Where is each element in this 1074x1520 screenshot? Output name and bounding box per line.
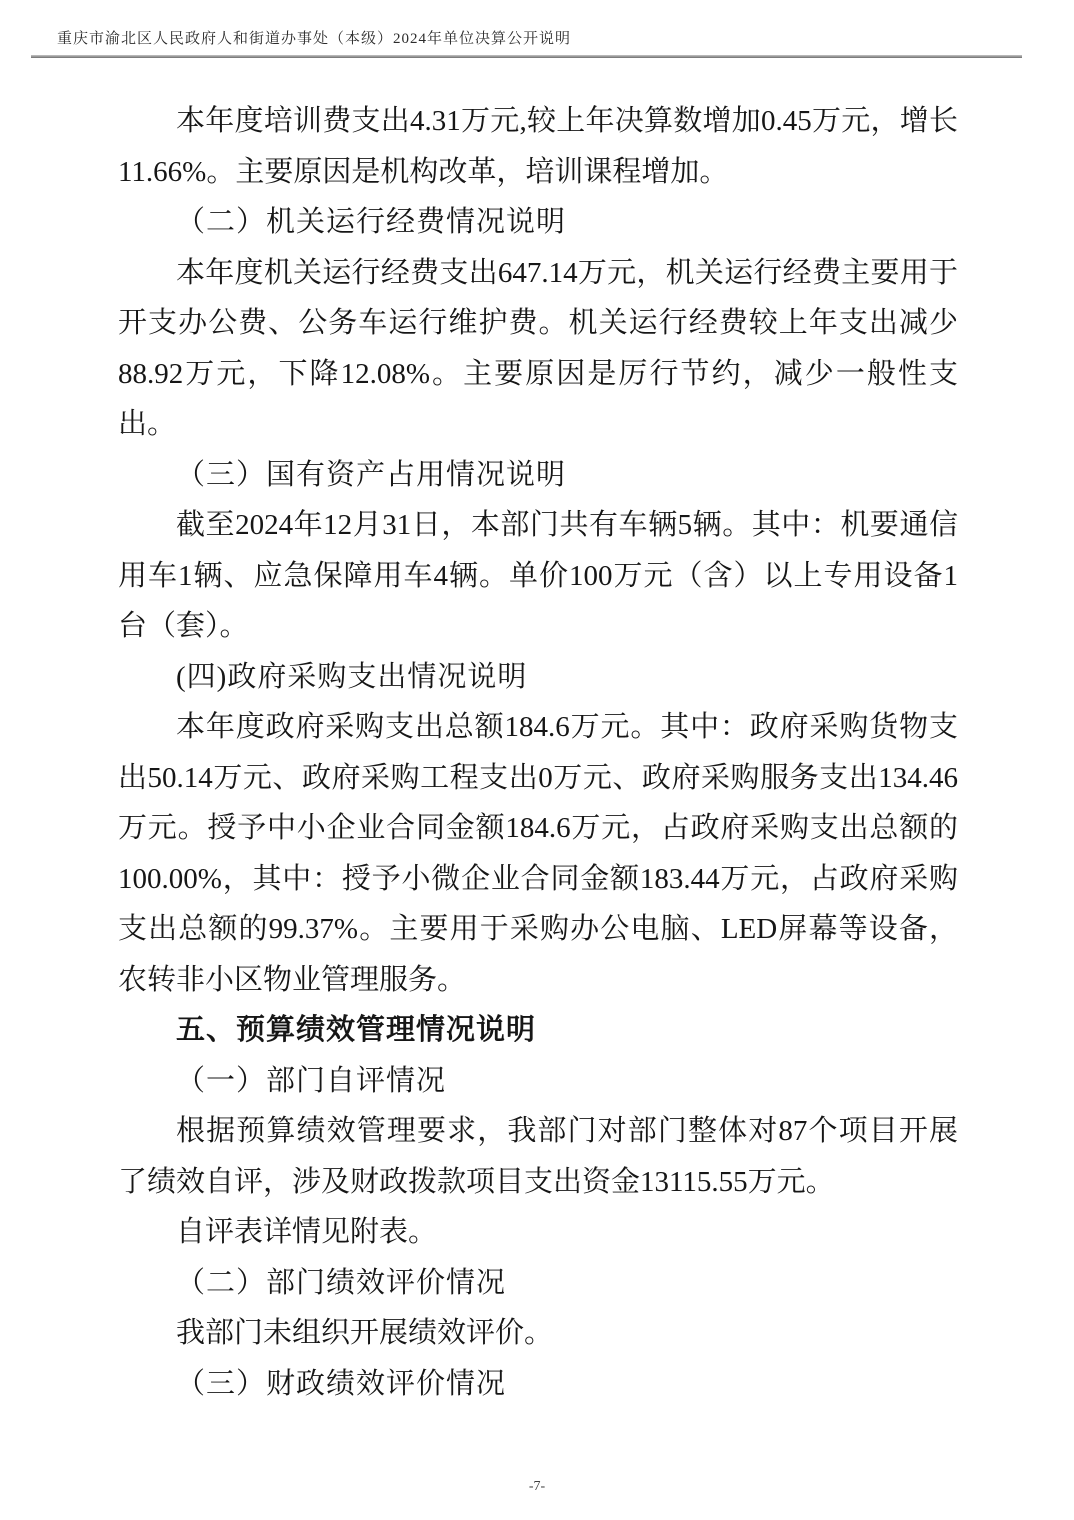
body-paragraph: 自评表详情见附表。 [118,1207,958,1258]
section-heading-level2: （三）财政绩效评价情况 [118,1359,958,1410]
page-footer: -7- [0,1479,1074,1495]
body-paragraph: 本年度政府采购支出总额184.6万元。其中：政府采购货物支出50.14万元、政府… [118,702,958,1005]
page-number: -7- [529,1479,545,1494]
header-title: 重庆市渝北区人民政府人和街道办事处（本级）2024年单位决算公开说明 [31,27,1022,48]
section-heading-level2: (四)政府采购支出情况说明 [118,652,958,703]
page-header: 重庆市渝北区人民政府人和街道办事处（本级）2024年单位决算公开说明 [31,27,1022,58]
section-heading-level2: （三）国有资产占用情况说明 [118,450,958,501]
body-paragraph: 根据预算绩效管理要求，我部门对部门整体对87个项目开展了绩效自评，涉及财政拨款项… [118,1106,958,1207]
body-paragraph: 本年度培训费支出4.31万元,较上年决算数增加0.45万元，增长11.66%。主… [118,96,958,197]
body-paragraph: 截至2024年12月31日，本部门共有车辆5辆。其中：机要通信用车1辆、应急保障… [118,500,958,652]
document-body: 本年度培训费支出4.31万元,较上年决算数增加0.45万元，增长11.66%。主… [118,96,958,1409]
document-page: 重庆市渝北区人民政府人和街道办事处（本级）2024年单位决算公开说明 本年度培训… [0,0,1074,1520]
header-rule [31,55,1022,58]
section-heading-level2: （二）机关运行经费情况说明 [118,197,958,248]
section-heading-level2: （一）部门自评情况 [118,1056,958,1107]
section-heading-level2: （二）部门绩效评价情况 [118,1258,958,1309]
section-heading-level1: 五、预算绩效管理情况说明 [118,1005,958,1056]
body-paragraph: 我部门未组织开展绩效评价。 [118,1308,958,1359]
body-paragraph: 本年度机关运行经费支出647.14万元，机关运行经费主要用于开支办公费、公务车运… [118,248,958,450]
